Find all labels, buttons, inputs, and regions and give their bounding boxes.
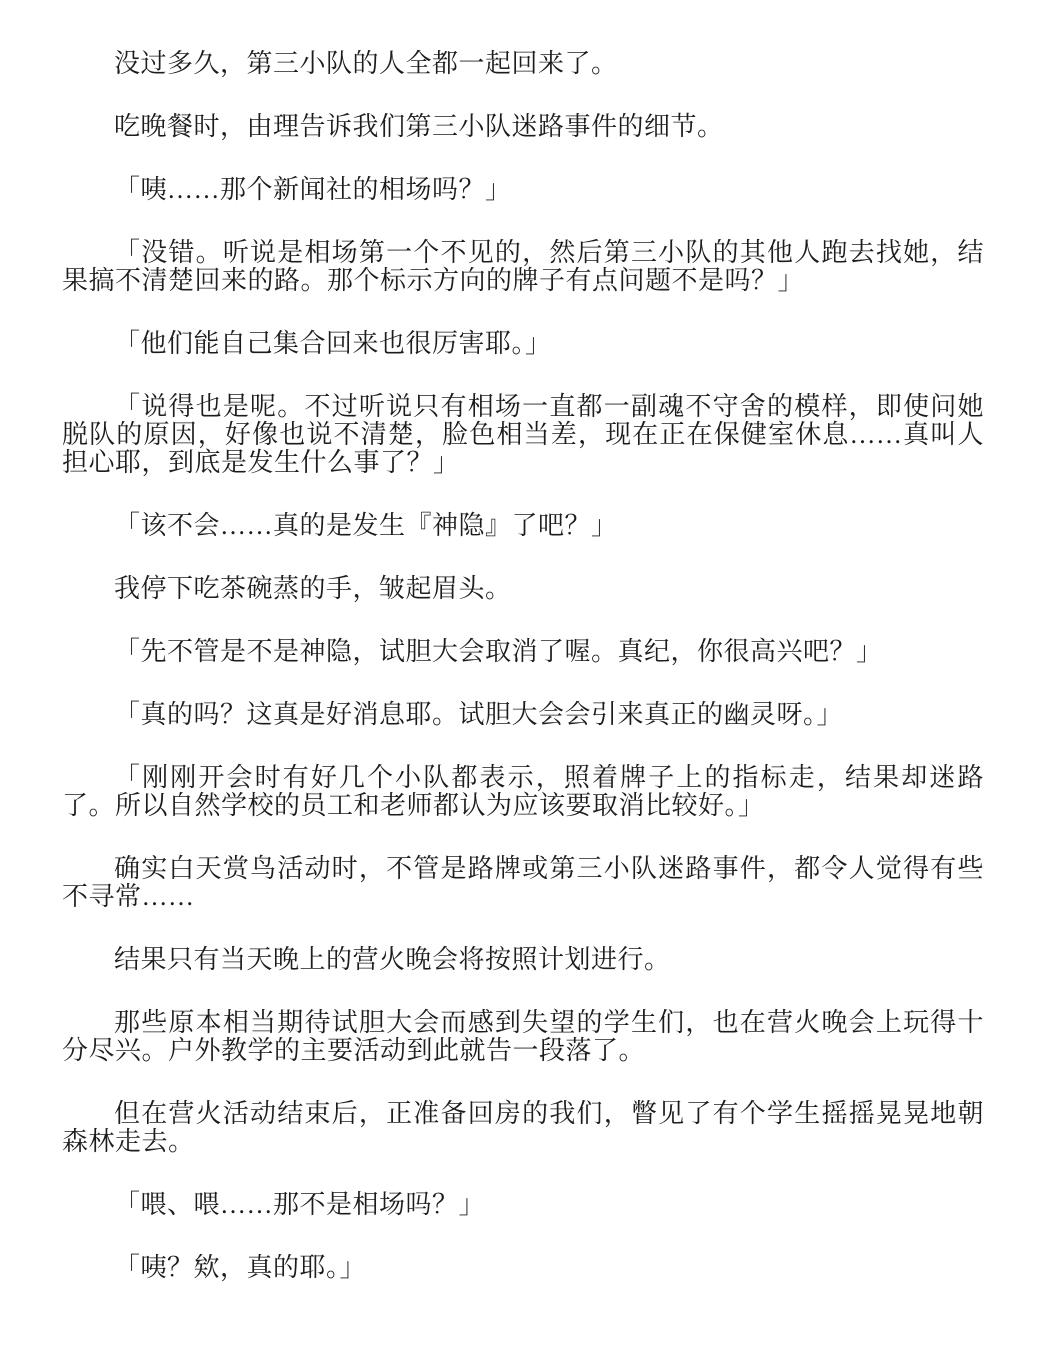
dialogue-paragraph: 「咦……那个新闻社的相场吗？」: [62, 176, 984, 204]
narration-paragraph: 结果只有当天晚上的营火晚会将按照计划进行。: [62, 946, 984, 974]
page: 没过多久，第三小队的人全都一起回来了。吃晚餐时，由理告诉我们第三小队迷路事件的细…: [0, 0, 1046, 1354]
narration-paragraph: 那些原本相当期待试胆大会而感到失望的学生们，也在营火晚会上玩得十分尽兴。户外教学…: [62, 1009, 984, 1065]
narration-paragraph: 我停下吃茶碗蒸的手，皱起眉头。: [62, 575, 984, 603]
dialogue-paragraph: 「该不会……真的是发生『神隐』了吧？」: [62, 512, 984, 540]
dialogue-paragraph: 「真的吗？这真是好消息耶。试胆大会会引来真正的幽灵呀。」: [62, 701, 984, 729]
narration-paragraph: 吃晚餐时，由理告诉我们第三小队迷路事件的细节。: [62, 113, 984, 141]
narration-paragraph: 确实白天赏鸟活动时，不管是路牌或第三小队迷路事件，都令人觉得有些不寻常……: [62, 855, 984, 911]
scanned-book-page: { "page": { "background_color": "#ffffff…: [0, 0, 1046, 1354]
dialogue-paragraph: 「喂、喂……那不是相场吗？」: [62, 1191, 984, 1219]
narration-paragraph: 没过多久，第三小队的人全都一起回来了。: [62, 50, 984, 78]
dialogue-paragraph: 「没错。听说是相场第一个不见的，然后第三小队的其他人跑去找她，结果搞不清楚回来的…: [62, 239, 984, 295]
narration-paragraph: 但在营火活动结束后，正准备回房的我们，瞥见了有个学生摇摇晃晃地朝森林走去。: [62, 1100, 984, 1156]
dialogue-paragraph: 「咦？欸，真的耶。」: [62, 1254, 984, 1282]
dialogue-paragraph: 「刚刚开会时有好几个小队都表示，照着牌子上的指标走，结果却迷路了。所以自然学校的…: [62, 764, 984, 820]
dialogue-paragraph: 「先不管是不是神隐，试胆大会取消了喔。真纪，你很高兴吧？」: [62, 638, 984, 666]
dialogue-paragraph: 「说得也是呢。不过听说只有相场一直都一副魂不守舍的模样，即使问她脱队的原因，好像…: [62, 393, 984, 477]
dialogue-paragraph: 「他们能自己集合回来也很厉害耶。」: [62, 330, 984, 358]
text-column: 没过多久，第三小队的人全都一起回来了。吃晚餐时，由理告诉我们第三小队迷路事件的细…: [62, 50, 984, 1282]
